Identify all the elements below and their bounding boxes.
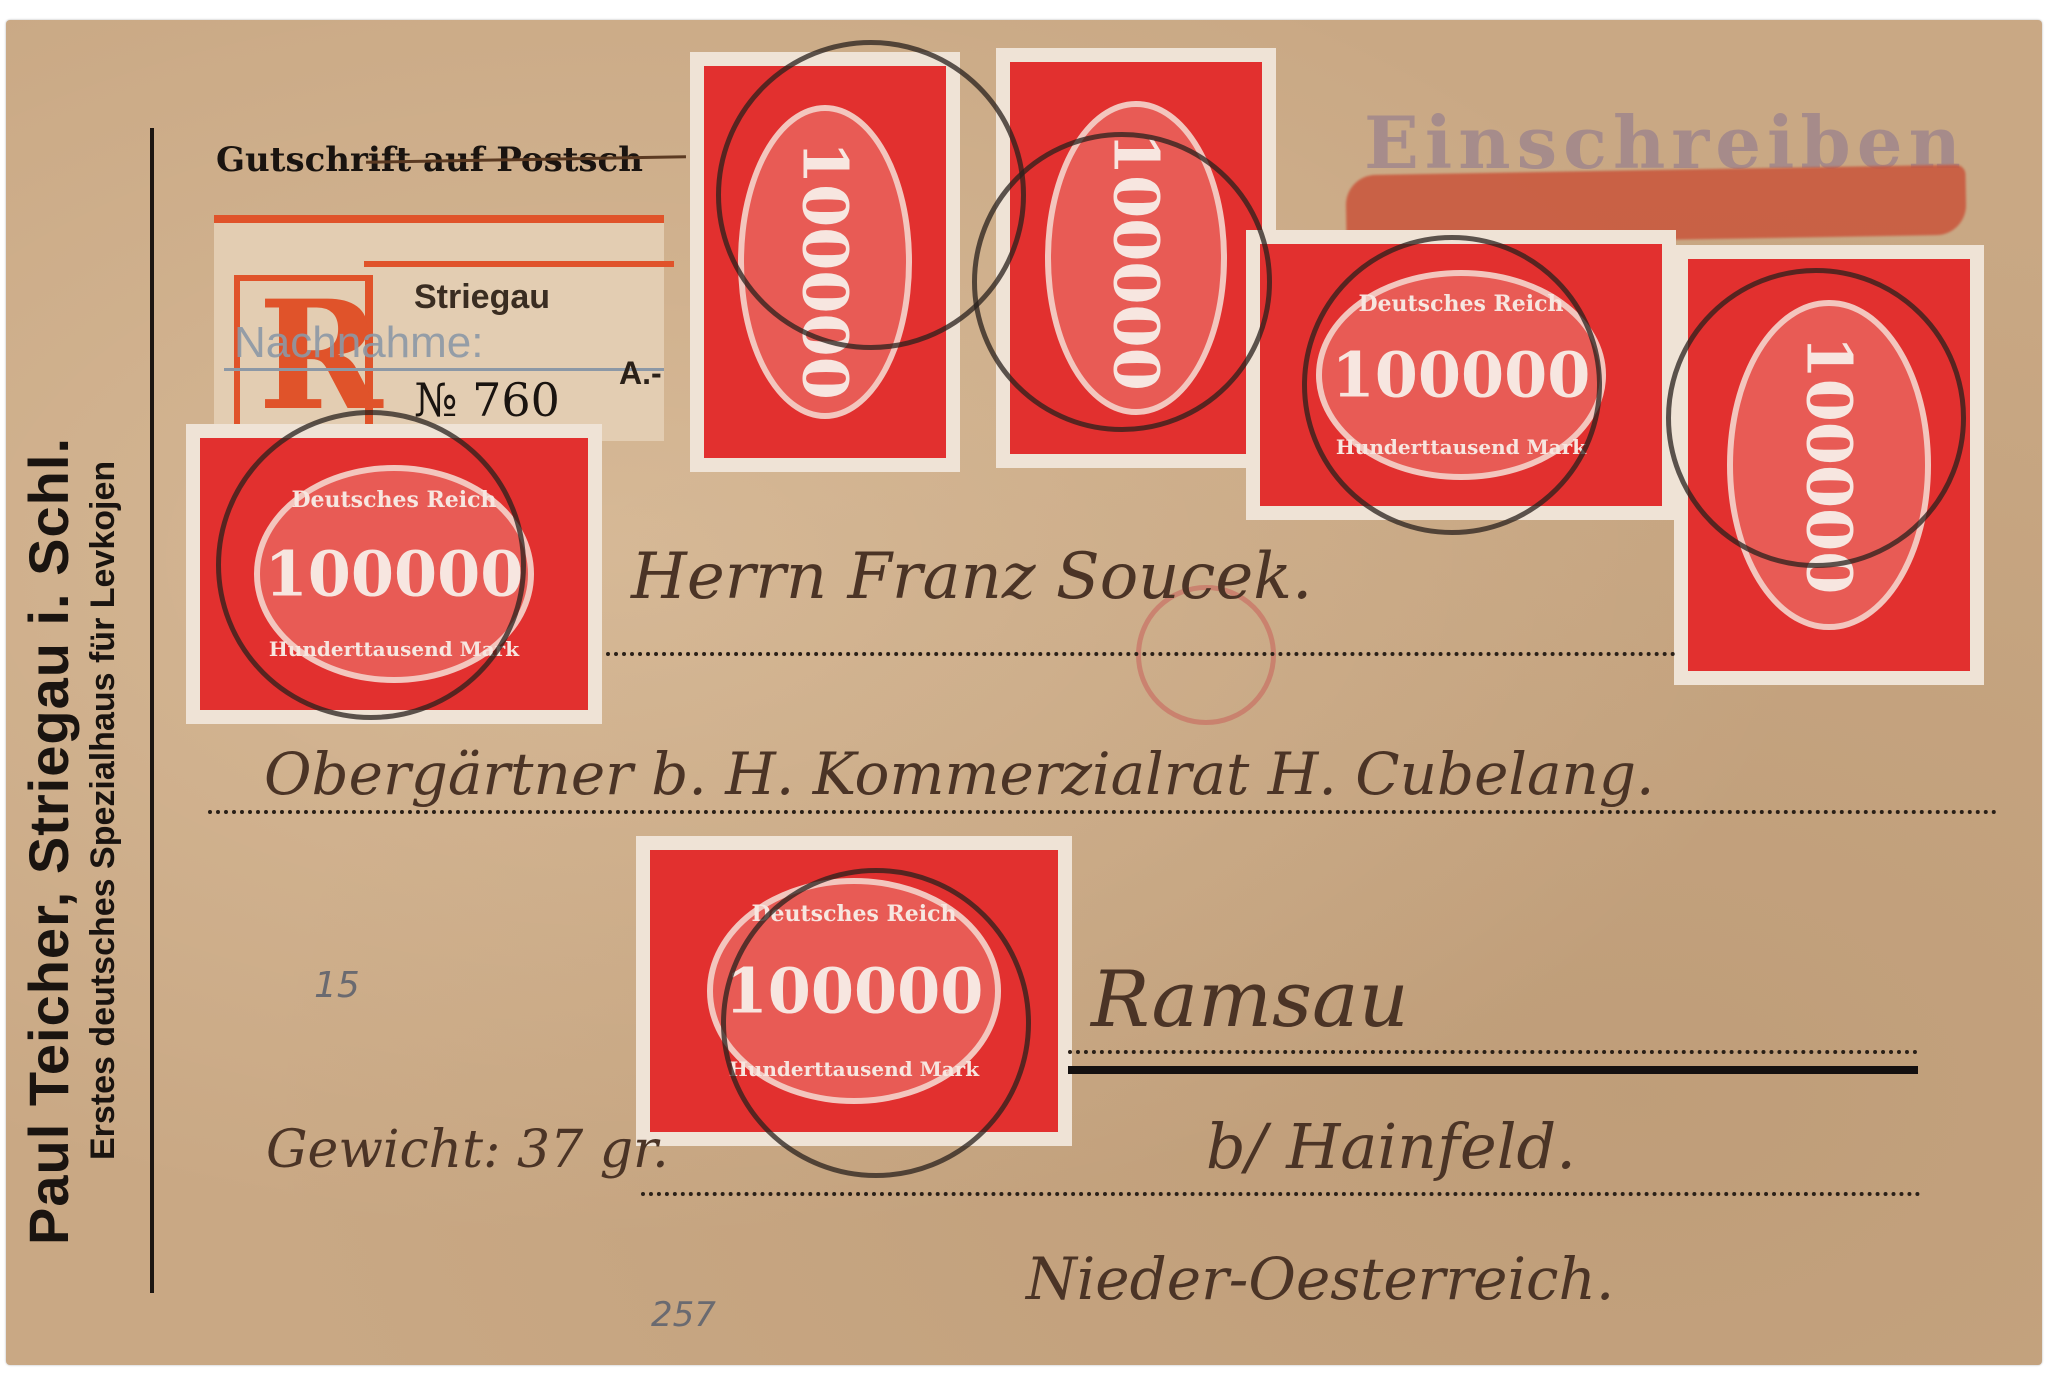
pencil-note: 257 xyxy=(651,1295,716,1335)
address-town: Ramsau xyxy=(1091,955,1409,1045)
registration-city: Striegau xyxy=(414,278,550,317)
address-dotted-line xyxy=(208,810,1998,814)
address-line-2: Obergärtner b. H. Kommerzialrat H. Cubel… xyxy=(264,740,1654,808)
pencil-note: 15 xyxy=(314,965,360,1006)
address-dotted-line xyxy=(641,1192,1921,1196)
registration-suffix: A.- xyxy=(619,355,662,392)
address-dotted-line xyxy=(1068,1050,1918,1054)
address-dotted-line xyxy=(606,652,1676,656)
weight-note: Gewicht: 37 gr. xyxy=(266,1120,669,1180)
sender-subtitle: Erstes deutsches Spezialhaus für Levkoje… xyxy=(84,461,123,1160)
postmark xyxy=(972,132,1272,432)
sender-name: Paul Teicher, Striegau i. Schl. xyxy=(16,437,81,1245)
nachnahme-overprint: Nachnahme: xyxy=(234,318,483,368)
postmark xyxy=(1302,235,1602,535)
address-line-4: b/ Hainfeld. xyxy=(1206,1110,1576,1183)
registration-label-rule xyxy=(224,368,664,371)
registration-label-top-line xyxy=(364,261,674,267)
sender-divider-line xyxy=(150,128,154,1293)
postmark xyxy=(216,410,526,720)
postmark xyxy=(1666,268,1966,568)
registration-label: R Striegau Nachnahme: № 760 A.- xyxy=(214,215,664,441)
postmark xyxy=(721,868,1031,1178)
addressee-name: Herrn Franz Soucek. xyxy=(631,540,1312,614)
address-underline xyxy=(1068,1066,1918,1074)
registration-number: № 760 xyxy=(414,373,560,427)
envelope: Paul Teicher, Striegau i. Schl. Erstes d… xyxy=(6,20,2042,1365)
address-region: Nieder-Oesterreich. xyxy=(1026,1245,1614,1313)
